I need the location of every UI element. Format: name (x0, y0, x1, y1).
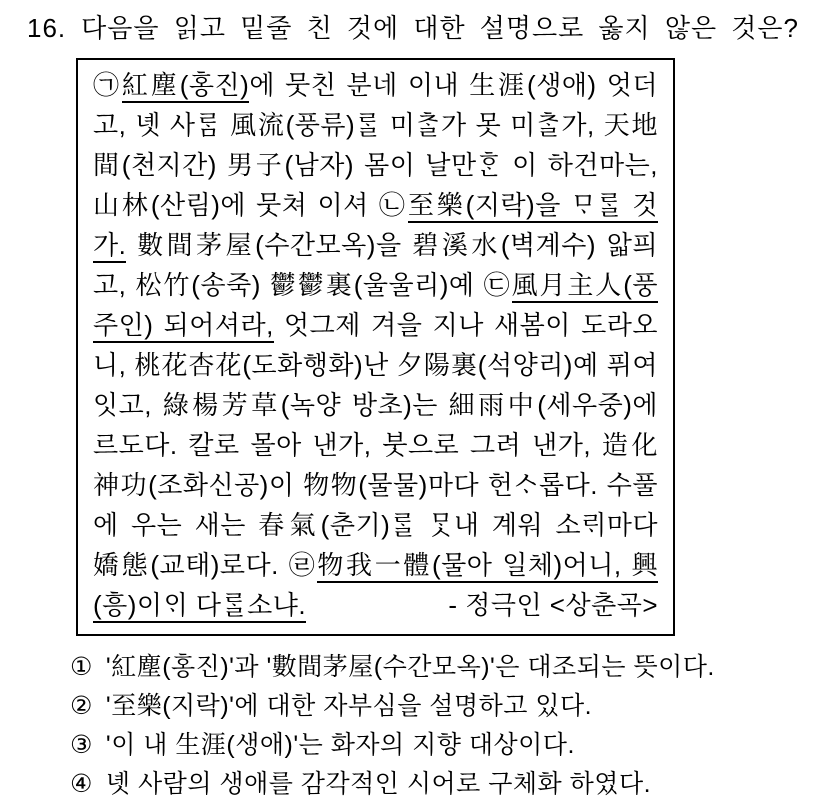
underlined-phrase: 주인) 되어셔라, (93, 310, 274, 343)
passage-lines: ㉠紅塵(홍진)에 뭇친 분네 이내 生涯(생애) 엇더ᄒᆞᆫ고, 녯 사ᄅᆞᆷ … (93, 65, 658, 625)
passage-box: ㉠紅塵(홍진)에 뭇친 분네 이내 生涯(생애) 엇더ᄒᆞᆫ고, 녯 사ᄅᆞᆷ … (76, 58, 675, 636)
question-header: 16. 다음을 읽고 밑줄 친 것에 대한 설명으로 옳지 않은 것은? (27, 12, 799, 44)
passage-line: 山林(산림)에 뭇쳐 이셔 ㉡至樂(지락)을 ᄆᆞᄅᆞᆯ 것 (93, 185, 658, 225)
passage-line: 間(천지간) 男子(남자) 몸이 날만ᄒᆞᆫ 이 하건마는, (93, 145, 658, 185)
answer-option-1[interactable]: ①'紅塵(홍진)'과 '數間茅屋(수간모옥)'은 대조되는 뜻이다. (70, 648, 826, 687)
passage-text: 間(천지간) 男子(남자) 몸이 날만ᄒᆞᆫ 이 하건마는, (93, 150, 658, 180)
passage-line: 嬌態(교태)로다. ㉣物我一體(물아 일체)어니, 興 (93, 545, 658, 585)
passage-text: 神功(조화신공)이 物物(물물)마다 헌ᄉᆞ롭다. 수풀 (93, 470, 658, 500)
passage-text: ㉠ (93, 70, 122, 100)
answer-option-3[interactable]: ③'이 내 生涯(생애)'는 화자의 지향 대상이다. (70, 726, 826, 765)
question-prompt: 다음을 읽고 밑줄 친 것에 대한 설명으로 옳지 않은 것은? (81, 12, 799, 44)
underlined-phrase: 紅塵(홍진) (122, 70, 249, 103)
answer-option-2[interactable]: ②'至樂(지락)'에 대한 자부심을 설명하고 있다. (70, 687, 826, 726)
option-text: '紅塵(홍진)'과 '數間茅屋(수간모옥)'은 대조되는 뜻이다. (106, 648, 715, 687)
passage-text: 르도다. 칼로 몰아 낸가, 붓으로 그려 낸가, 造化 (93, 430, 658, 460)
passage-line: 가. 數間茅屋(수간모옥)을 碧溪水(벽계수) 앏픠 두 (93, 225, 658, 265)
passage-text: 고, 松竹(송죽) 鬱鬱裏(울울리)예 (93, 270, 484, 300)
passage-line: 고, 松竹(송죽) 鬱鬱裏(울울리)예 ㉢風月主人(풍월 (93, 265, 658, 305)
author-attribution: - 정극인 <상춘곡> (448, 585, 658, 625)
option-text: 녯 사람의 생애를 감각적인 시어로 구체화 하였다. (106, 765, 651, 803)
passage-text: 잇고, 綠楊芳草(녹양 방초)는 細雨中(세우중)에 프 (93, 390, 658, 425)
underlined-phrase: 가. (93, 230, 126, 263)
passage-line: 고, 녯 사ᄅᆞᆷ 風流(풍류)ᄅᆞᆯ 미ᄎᆞᆯ가 못 미ᄎᆞᆯ가, 天地 (93, 105, 658, 145)
option-marker[interactable]: ② (70, 687, 93, 726)
passage-text: ㉡ (379, 190, 408, 220)
passage-text: 에 우는 새는 春氣(춘기)ᄅᆞᆯ ᄆᆞᆺ내 계워 소ᄅᆡ마다 (93, 510, 658, 540)
passage-text: 고, 녯 사ᄅᆞᆷ 風流(풍류)ᄅᆞᆯ 미ᄎᆞᆯ가 못 미ᄎᆞᆯ가, 天地 (93, 110, 658, 140)
underlined-phrase: (흥)이ᄋᆡ 다ᄅᆞᆯ소냐. (93, 590, 306, 623)
passage-line: 神功(조화신공)이 物物(물물)마다 헌ᄉᆞ롭다. 수풀 (93, 465, 658, 505)
question-number: 16. (27, 12, 66, 44)
passage-text: ㉢ (484, 270, 512, 300)
test-page: 16. 다음을 읽고 밑줄 친 것에 대한 설명으로 옳지 않은 것은? ㉠紅塵… (0, 0, 826, 803)
passage-text: 嬌態(교태)로다. (93, 550, 289, 580)
answer-option-4[interactable]: ④녯 사람의 생애를 감각적인 시어로 구체화 하였다. (70, 765, 826, 803)
passage-line: 르도다. 칼로 몰아 낸가, 붓으로 그려 낸가, 造化 (93, 425, 658, 465)
passage-text: 山林(산림)에 뭇쳐 이셔 (93, 190, 379, 220)
option-marker[interactable]: ④ (70, 765, 93, 803)
passage-text: ㉣ (289, 550, 318, 580)
passage-line: 잇고, 綠楊芳草(녹양 방초)는 細雨中(세우중)에 프 (93, 385, 658, 425)
passage-line: 니, 桃花杏花(도화행화)난 夕陽裏(석양리)예 퓌여 (93, 345, 658, 385)
underlined-phrase: 至樂(지락)을 ᄆᆞᄅᆞᆯ 것 (408, 190, 658, 223)
option-marker[interactable]: ① (70, 648, 93, 687)
passage-line: ㉠紅塵(홍진)에 뭇친 분네 이내 生涯(생애) 엇더ᄒᆞᆫ (93, 65, 658, 105)
passage-line-text: (흥)이ᄋᆡ 다ᄅᆞᆯ소냐. (93, 585, 306, 625)
answer-options: ①'紅塵(홍진)'과 '數間茅屋(수간모옥)'은 대조되는 뜻이다.②'至樂(지… (70, 648, 826, 803)
option-text: '이 내 生涯(생애)'는 화자의 지향 대상이다. (106, 726, 575, 765)
passage-text: 엇그제 겨을 지나 새봄이 도라오 (274, 310, 658, 340)
passage-text: 數間茅屋(수간모옥)을 碧溪水(벽계수) 앏픠 두 (93, 230, 658, 265)
passage-line: 주인) 되어셔라, 엇그제 겨을 지나 새봄이 도라오 (93, 305, 658, 345)
passage-line: (흥)이ᄋᆡ 다ᄅᆞᆯ소냐.- 정극인 <상춘곡> (93, 585, 658, 625)
passage-line: 에 우는 새는 春氣(춘기)ᄅᆞᆯ ᄆᆞᆺ내 계워 소ᄅᆡ마다 (93, 505, 658, 545)
option-marker[interactable]: ③ (70, 726, 93, 765)
passage-text: 니, 桃花杏花(도화행화)난 夕陽裏(석양리)예 퓌여 (93, 350, 658, 380)
underlined-phrase: 物我一體(물아 일체)어니, 興 (317, 550, 658, 583)
option-text: '至樂(지락)'에 대한 자부심을 설명하고 있다. (106, 687, 592, 726)
